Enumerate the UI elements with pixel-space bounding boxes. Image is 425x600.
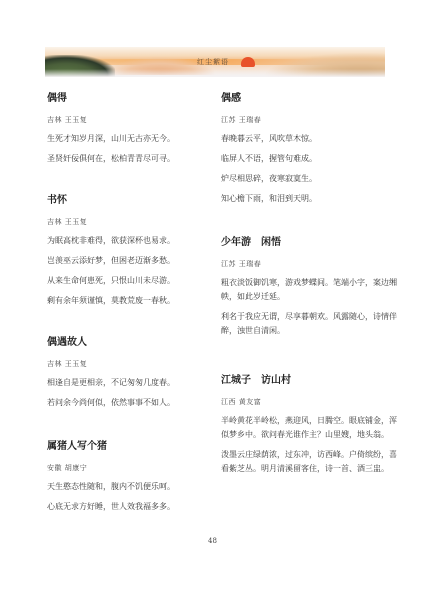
poem: 偶得 吉林 王玉复 生死才知岁月深，山川无古亦无今。 圣贤奸佞俱何在，松柏青青尽… <box>47 92 227 194</box>
poem-line: 粗衣淡饭御饥寒，游戏梦蝶间。笔端小字，案边缃帙，如此岁迁延。 <box>221 276 401 304</box>
left-column: 偶得 吉林 王玉复 生死才知岁月深，山川无古亦无今。 圣贤奸佞俱何在，松柏青青尽… <box>47 92 227 520</box>
poem-author: 安徽 胡康宁 <box>47 462 227 474</box>
poem-line: 春晚暮云平，风吹草木惊。 <box>221 132 401 146</box>
poem-line: 圣贤奸佞俱何在，松柏青青尽可寻。 <box>47 152 227 166</box>
poem-author: 江苏 王瑞春 <box>221 114 401 126</box>
poem-line: 利名于我应无谓，尽享暮朝欢。风露随心，诗情伴醉，浊世自清闲。 <box>221 310 401 338</box>
poem-line: 临屏人不语，握管句难成。 <box>221 152 401 166</box>
poem: 书怀 吉林 王玉复 为眠高枕非难得，欲获深杯也易求。 岂羡巫云添好梦，但困老迈渐… <box>47 194 227 336</box>
poem-title: 偶得 <box>47 92 227 106</box>
banner-cloud <box>45 69 385 77</box>
poem-line: 生死才知岁月深，山川无古亦无今。 <box>47 132 227 146</box>
poem-line: 泼墨云庄绿荫浓，过东冲，访西峰。户倚缤纷，喜看紫芝丛。明月清溪留客住，诗一首、酒… <box>221 448 401 476</box>
poem-line: 剩有余年须谨慎，莫教荒废一春秋。 <box>47 294 227 308</box>
poem: 偶感 江苏 王瑞春 春晚暮云平，风吹草木惊。 临屏人不语，握管句难成。 炉尽相思… <box>221 92 401 236</box>
poem-line: 半岭黄花半岭松，燕迎风，日腾空。眼底铺金，浑似梦乡中。欲问春光谁作主？山里嫂，地… <box>221 414 401 442</box>
poem-title: 属猪人写个猪 <box>47 440 227 454</box>
poem-author: 吉林 王玉复 <box>47 358 227 370</box>
poem: 属猪人写个猪 安徽 胡康宁 天生憨态性随和，腹内不饥便乐呵。 心底无求方好睡，世… <box>47 440 227 514</box>
poem-line: 岂羡巫云添好梦，但困老迈渐多愁。 <box>47 254 227 268</box>
poem-line: 从来生命何患死，只恨山川未尽游。 <box>47 274 227 288</box>
poem-author: 吉林 王玉复 <box>47 114 227 126</box>
poem-author: 江苏 王瑞春 <box>221 258 401 270</box>
page-number: 48 <box>0 537 425 545</box>
poem-title: 偶遇故人 <box>47 336 227 350</box>
poem-line: 相逢自是更相亲，不记匆匆几度春。 <box>47 376 227 390</box>
poem-title: 江城子 访山村 <box>221 374 401 388</box>
poem: 少年游 闲悟 江苏 王瑞春 粗衣淡饭御饥寒，游戏梦蝶间。笔端小字，案边缃帙，如此… <box>221 236 401 374</box>
right-column: 偶感 江苏 王瑞春 春晚暮云平，风吹草木惊。 临屏人不语，握管句难成。 炉尽相思… <box>221 92 401 482</box>
poem-line: 心底无求方好睡，世人效我福多多。 <box>47 500 227 514</box>
sun-icon <box>241 57 255 67</box>
poem-line: 知心檐下雨，和泪到天明。 <box>221 192 401 206</box>
poem-line: 天生憨态性随和，腹内不饥便乐呵。 <box>47 480 227 494</box>
section-title: 红尘絮语 <box>197 57 229 67</box>
poem-title: 书怀 <box>47 194 227 208</box>
poem: 偶遇故人 吉林 王玉复 相逢自是更相亲，不记匆匆几度春。 若问余今尚何似，依然事… <box>47 336 227 440</box>
poem-line: 若问余今尚何似，依然事事不如人。 <box>47 396 227 410</box>
poem-line: 炉尽相思碎，夜寒寂寞生。 <box>221 172 401 186</box>
poem-author: 吉林 王玉复 <box>47 216 227 228</box>
header-banner: 红尘絮语 <box>45 47 385 77</box>
poem: 江城子 访山村 江西 黄友富 半岭黄花半岭松，燕迎风，日腾空。眼底铺金，浑似梦乡… <box>221 374 401 476</box>
poem-author: 江西 黄友富 <box>221 396 401 408</box>
poem-line: 为眠高枕非难得，欲获深杯也易求。 <box>47 234 227 248</box>
poem-title: 少年游 闲悟 <box>221 236 401 250</box>
poem-title: 偶感 <box>221 92 401 106</box>
